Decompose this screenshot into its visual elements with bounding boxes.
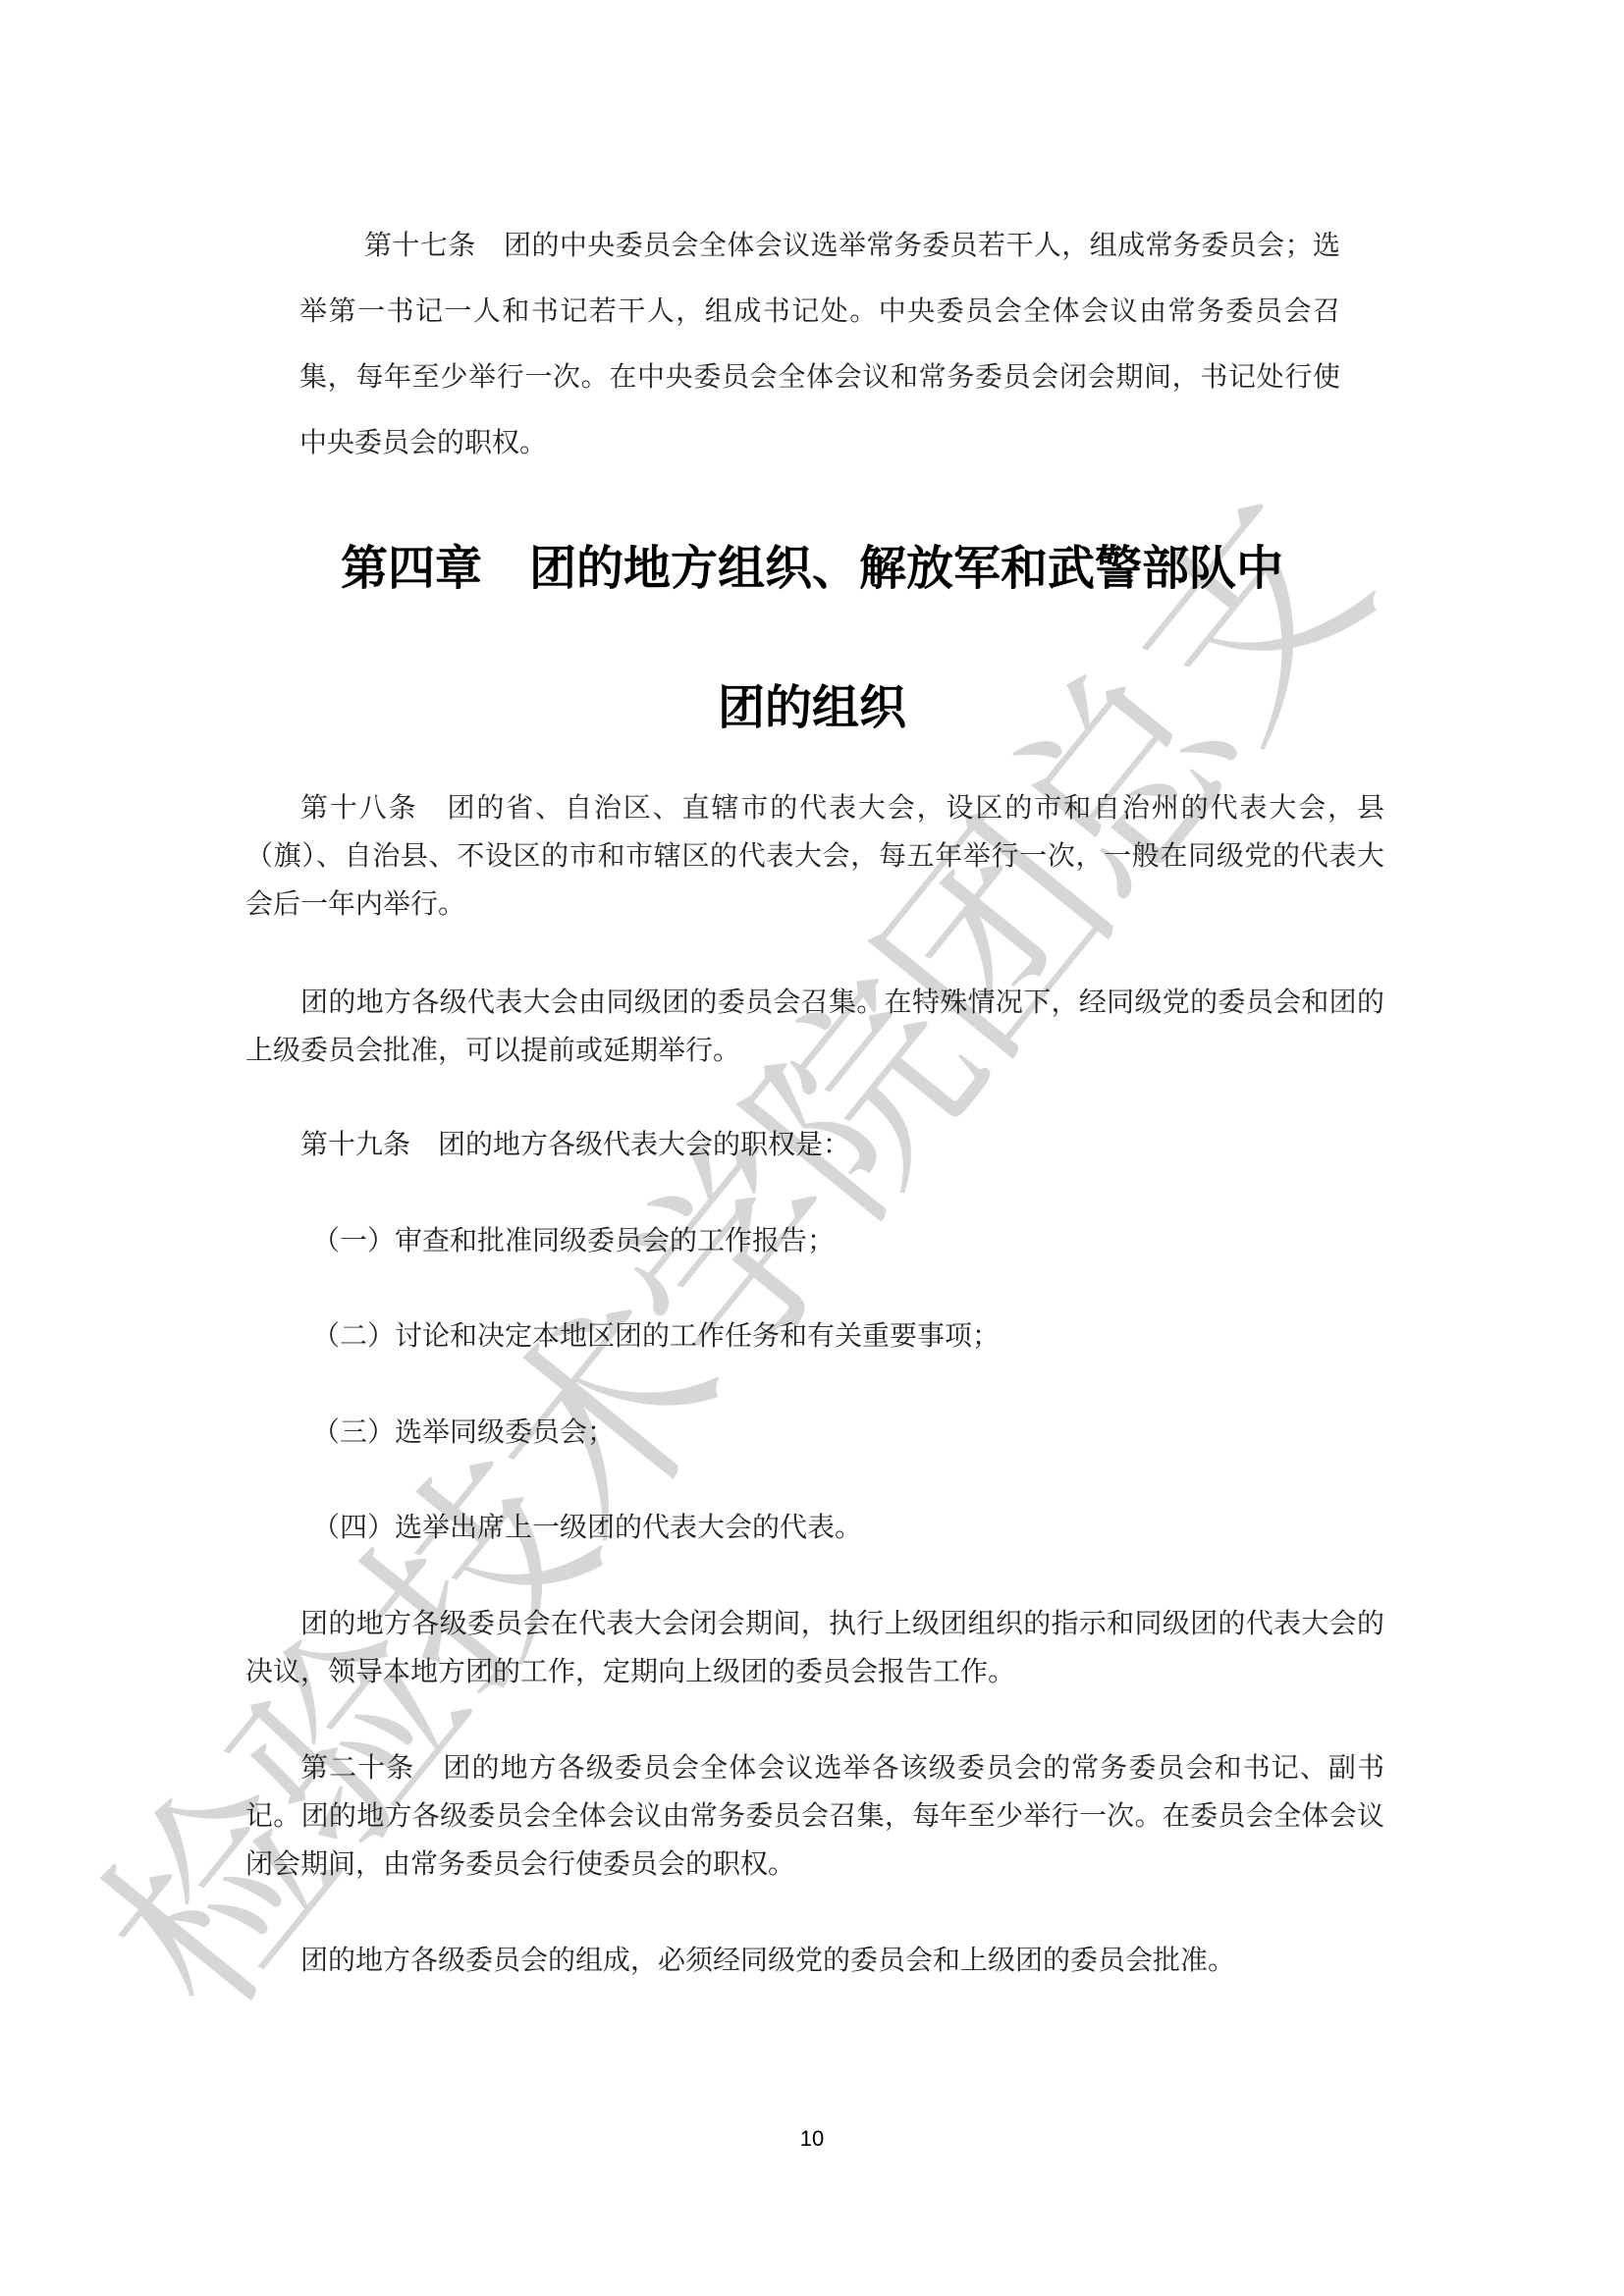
page-number: 10 <box>0 2126 1624 2152</box>
article-17: 第十七条 团的中央委员会全体会议选举常务委员若干人，组成常务委员会；选举第一书记… <box>299 212 1340 475</box>
paragraph-composition: 团的地方各级委员会的组成，必须经同级党的委员会和上级团的委员会批准。 <box>245 1936 1384 1984</box>
list-item: （二）讨论和决定本地区团的工作任务和有关重要事项； <box>312 1311 1000 1360</box>
chapter-title-line-1: 第四章 团的地方组织、解放军和武警部队中 <box>0 530 1624 598</box>
paragraph-committee-duty: 团的地方各级委员会在代表大会闭会期间，执行上级团组织的指示和同级团的代表大会的决… <box>245 1599 1384 1695</box>
paragraph-convening: 团的地方各级代表大会由同级团的委员会召集。在特殊情况下，经同级党的委员会和团的上… <box>245 978 1384 1074</box>
list-item: （一）审查和批准同级委员会的工作报告； <box>312 1216 835 1264</box>
document-page: 检验技术学院团总支 第十七条 团的中央委员会全体会议选举常务委员若干人，组成常务… <box>0 0 1624 2296</box>
list-item: （四）选举出席上一级团的代表大会的代表。 <box>312 1503 862 1551</box>
article-17-text: 第十七条 团的中央委员会全体会议选举常务委员若干人，组成常务委员会；选举第一书记… <box>299 212 1340 475</box>
list-item: （三）选举同级委员会； <box>312 1408 615 1456</box>
article-20: 第二十条 团的地方各级委员会全体会议选举各该级委员会的常务委员会和书记、副书记。… <box>245 1743 1384 1888</box>
article-19: 第十九条 团的地方各级代表大会的职权是： <box>245 1120 1384 1168</box>
chapter-title-line-2: 团的组织 <box>0 669 1624 737</box>
article-18: 第十八条 团的省、自治区、直辖市的代表大会，设区的市和自治州的代表大会，县（旗）… <box>245 783 1384 928</box>
